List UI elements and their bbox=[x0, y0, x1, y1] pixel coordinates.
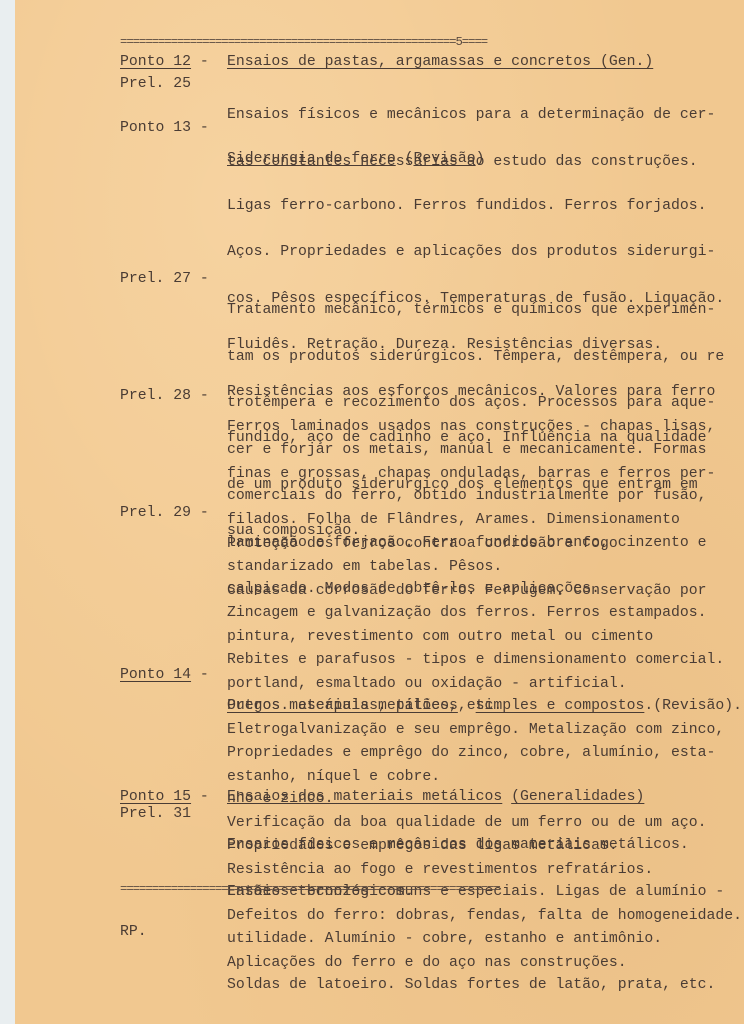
text-line: utilidade. Alumínio - cobre, estanho e a… bbox=[227, 932, 742, 948]
section-prel-29: Prel. 29 - Proteção dos ferros contra a … bbox=[120, 506, 740, 568]
section-label: Ponto 13 - bbox=[120, 121, 209, 137]
section-title: Outros materiais metálicos, simples e co… bbox=[227, 699, 742, 715]
bottom-rule: ========================================… bbox=[120, 884, 500, 894]
section-ponto-13: Ponto 13 - Siderurgia do ferro (Revisão)… bbox=[120, 121, 740, 183]
text-line: Ferros laminados usados nas construções … bbox=[227, 420, 724, 436]
section-prel-27: Prel. 27 - Tratamento mecânico, térmicos… bbox=[120, 272, 740, 334]
section-label: Ponto 15 - bbox=[120, 790, 209, 806]
section-label: Prel. 28 - bbox=[120, 389, 209, 405]
section-label: Prel. 31 bbox=[120, 807, 191, 823]
section-prel-28: Prel. 28 - Ferros laminados usados nas c… bbox=[120, 389, 740, 451]
section-label: Ponto 14 - bbox=[120, 668, 209, 684]
section-ponto-14: Ponto 14 - Outros materiais metálicos, s… bbox=[120, 668, 740, 730]
text-line: Ensaios físicos e mecânicos dos materiai… bbox=[227, 838, 689, 854]
section-label: Ponto 12 - bbox=[120, 55, 209, 71]
text-line: Proteção dos ferros contra a corrosão e … bbox=[227, 537, 742, 553]
text-line: Aços. Propriedades e aplicações dos prod… bbox=[227, 245, 724, 261]
section-prel-31: Prel. 31 Ensaios físicos e mecânicos dos… bbox=[120, 807, 740, 869]
section-body: Ensaios físicos e mecânicos dos materiai… bbox=[227, 807, 689, 931]
text-line: Causas da corrosão do ferro. Ferrugem. C… bbox=[227, 584, 742, 600]
top-rule: ========================================… bbox=[120, 37, 487, 47]
section-label: Prel. 25 bbox=[120, 77, 191, 93]
section-title: Siderurgia do ferro (Revisão) bbox=[227, 152, 724, 168]
section-title: Ensaios dos materiais metálicos (General… bbox=[227, 790, 644, 806]
document-page: ========================================… bbox=[15, 0, 744, 1024]
text-line: Ligas ferro-carbono. Ferros fundidos. Fe… bbox=[227, 199, 724, 215]
text-line: finas e grossas, chapas onduladas, barra… bbox=[227, 467, 724, 483]
text-line: Propriedades e emprêgo do zinco, cobre, … bbox=[227, 746, 742, 762]
text-line: Soldas de latoeiro. Soldas fortes de lat… bbox=[227, 978, 742, 994]
section-title: Ensaios de pastas, argamassas e concreto… bbox=[227, 55, 653, 71]
text-line: Tratamento mecânico, térmicos e químicos… bbox=[227, 303, 724, 319]
section-label: Prel. 27 - bbox=[120, 272, 209, 288]
section-label: Prel. 29 - bbox=[120, 506, 209, 522]
signature-initials: RP. bbox=[120, 925, 147, 941]
text-line: pintura, revestimento com outro metal ou… bbox=[227, 630, 742, 646]
text-line: tam os produtos siderúrgicos. Têmpera, d… bbox=[227, 350, 724, 366]
